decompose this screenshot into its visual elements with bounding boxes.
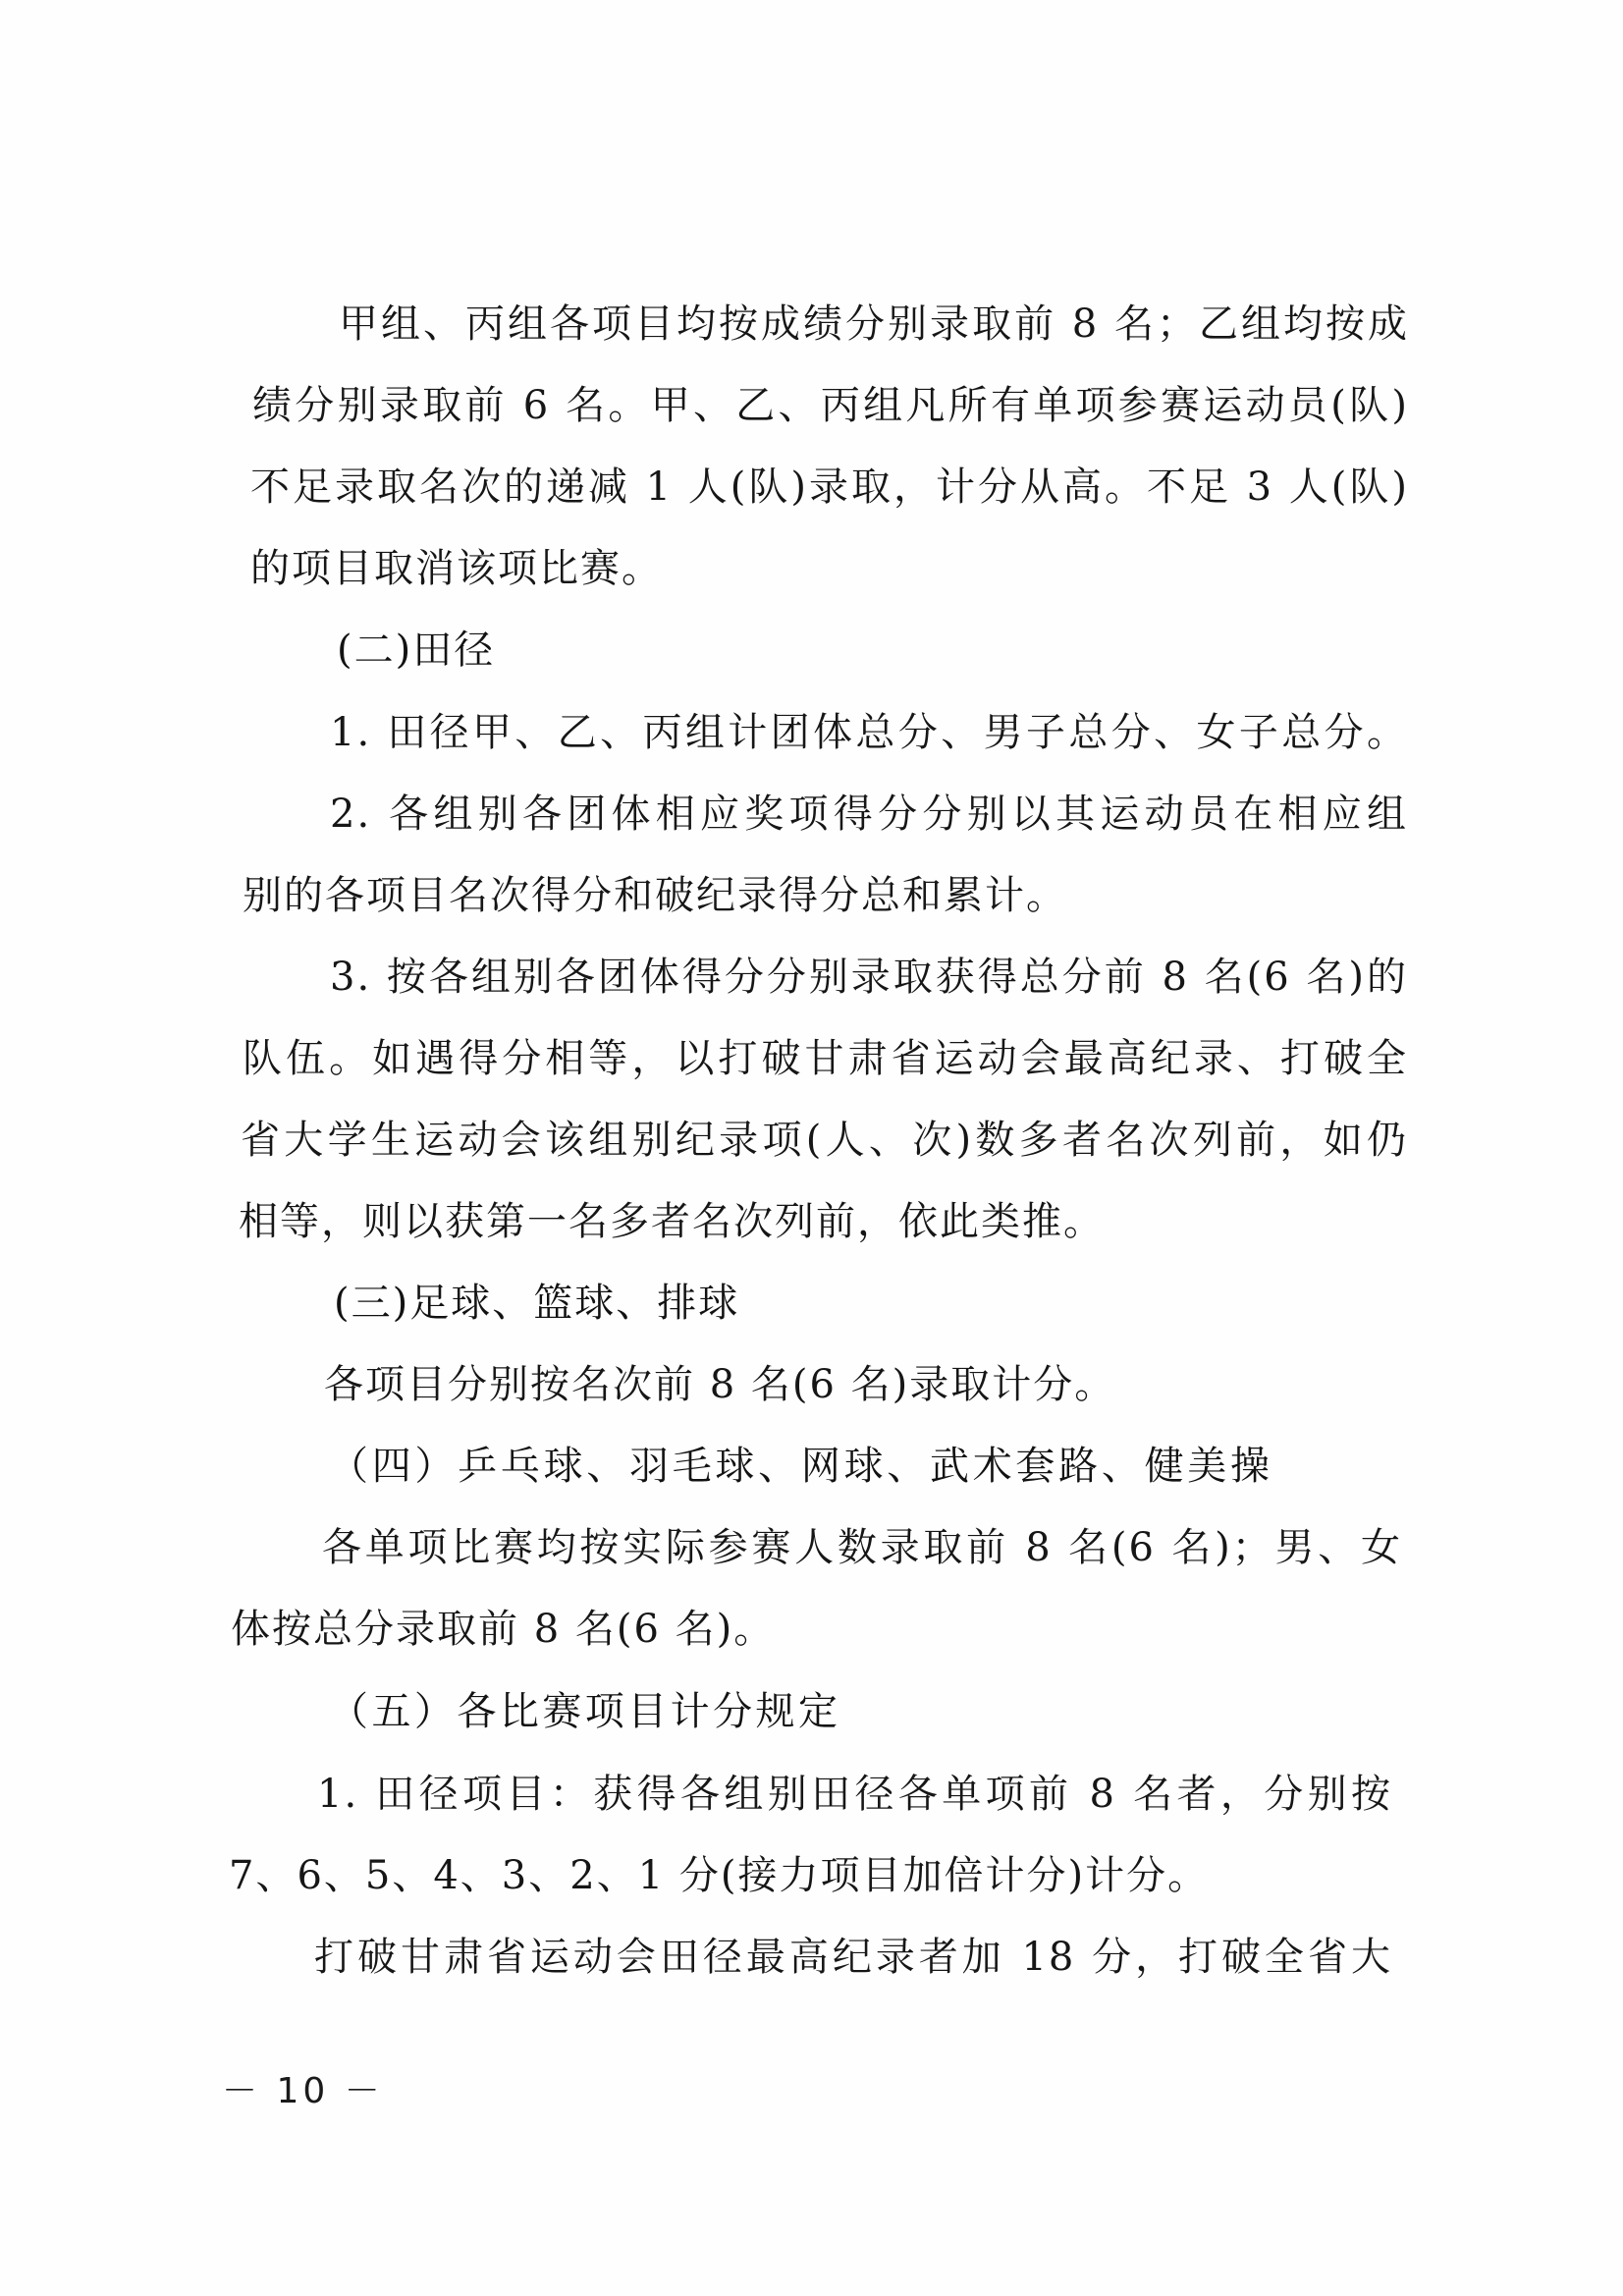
paragraph-line: 7、6、5、4、3、2、1 分(接力项目加倍计分)计分。 bbox=[229, 1846, 1209, 1905]
paragraph-line: 体按总分录取前 8 名(6 名)。 bbox=[231, 1600, 775, 1659]
page-number: － 10 － bbox=[222, 2062, 384, 2121]
paragraph-line: 1. 田径项目：获得各组别田径各单项前 8 名者，分别按 9、 bbox=[317, 1765, 1392, 1824]
paragraph-line: 3. 按各组别各团体得分分别录取获得总分前 8 名(6 名)的 bbox=[330, 948, 1408, 1007]
paragraph-line: 别的各项目名次得分和破纪录得分总和累计。 bbox=[243, 866, 1067, 925]
section-heading: (二)田径 bbox=[337, 621, 495, 680]
paragraph-line: 甲组、丙组各项目均按成绩分别录取前 8 名；乙组均按成 bbox=[339, 295, 1409, 354]
document-page: 甲组、丙组各项目均按成绩分别录取前 8 名；乙组均按成绩分别录取前 6 名。甲、… bbox=[0, 0, 1623, 2296]
paragraph-line: 相等，则以获第一名多者名次列前，依此类推。 bbox=[239, 1192, 1105, 1251]
paragraph-line: 不足录取名次的递减 1 人(队)录取，计分从高。不足 3 人(队) bbox=[250, 458, 1409, 517]
section-heading: （四）乒乓球、羽毛球、网球、武术套路、健美操 bbox=[329, 1437, 1271, 1496]
paragraph-line: 队伍。如遇得分相等，以打破甘肃省运动会最高纪录、打破全 bbox=[243, 1029, 1408, 1088]
paragraph-line: 各单项比赛均按实际参赛人数录取前 8 名(6 名)；男、女团 bbox=[322, 1518, 1402, 1577]
paragraph-line: 各项目分别按名次前 8 名(6 名)录取计分。 bbox=[324, 1355, 1115, 1414]
paragraph-line: 打破甘肃省运动会田径最高纪录者加 18 分，打破全省大 bbox=[314, 1928, 1392, 1987]
paragraph-line: 1. 田径甲、乙、丙组计团体总分、男子总分、女子总分。 bbox=[330, 703, 1408, 762]
paragraph-line: 2. 各组别各团体相应奖项得分分别以其运动员在相应组 bbox=[330, 785, 1408, 844]
paragraph-line: 绩分别录取前 6 名。甲、乙、丙组凡所有单项参赛运动员(队) bbox=[252, 376, 1409, 435]
section-heading: （五）各比赛项目计分规定 bbox=[329, 1682, 839, 1741]
paragraph-line: 省大学生运动会该组别纪录项(人、次)数多者名次列前，如仍 bbox=[241, 1111, 1408, 1170]
section-heading: (三)足球、篮球、排球 bbox=[334, 1274, 739, 1333]
paragraph-line: 的项目取消该项比赛。 bbox=[250, 539, 663, 598]
